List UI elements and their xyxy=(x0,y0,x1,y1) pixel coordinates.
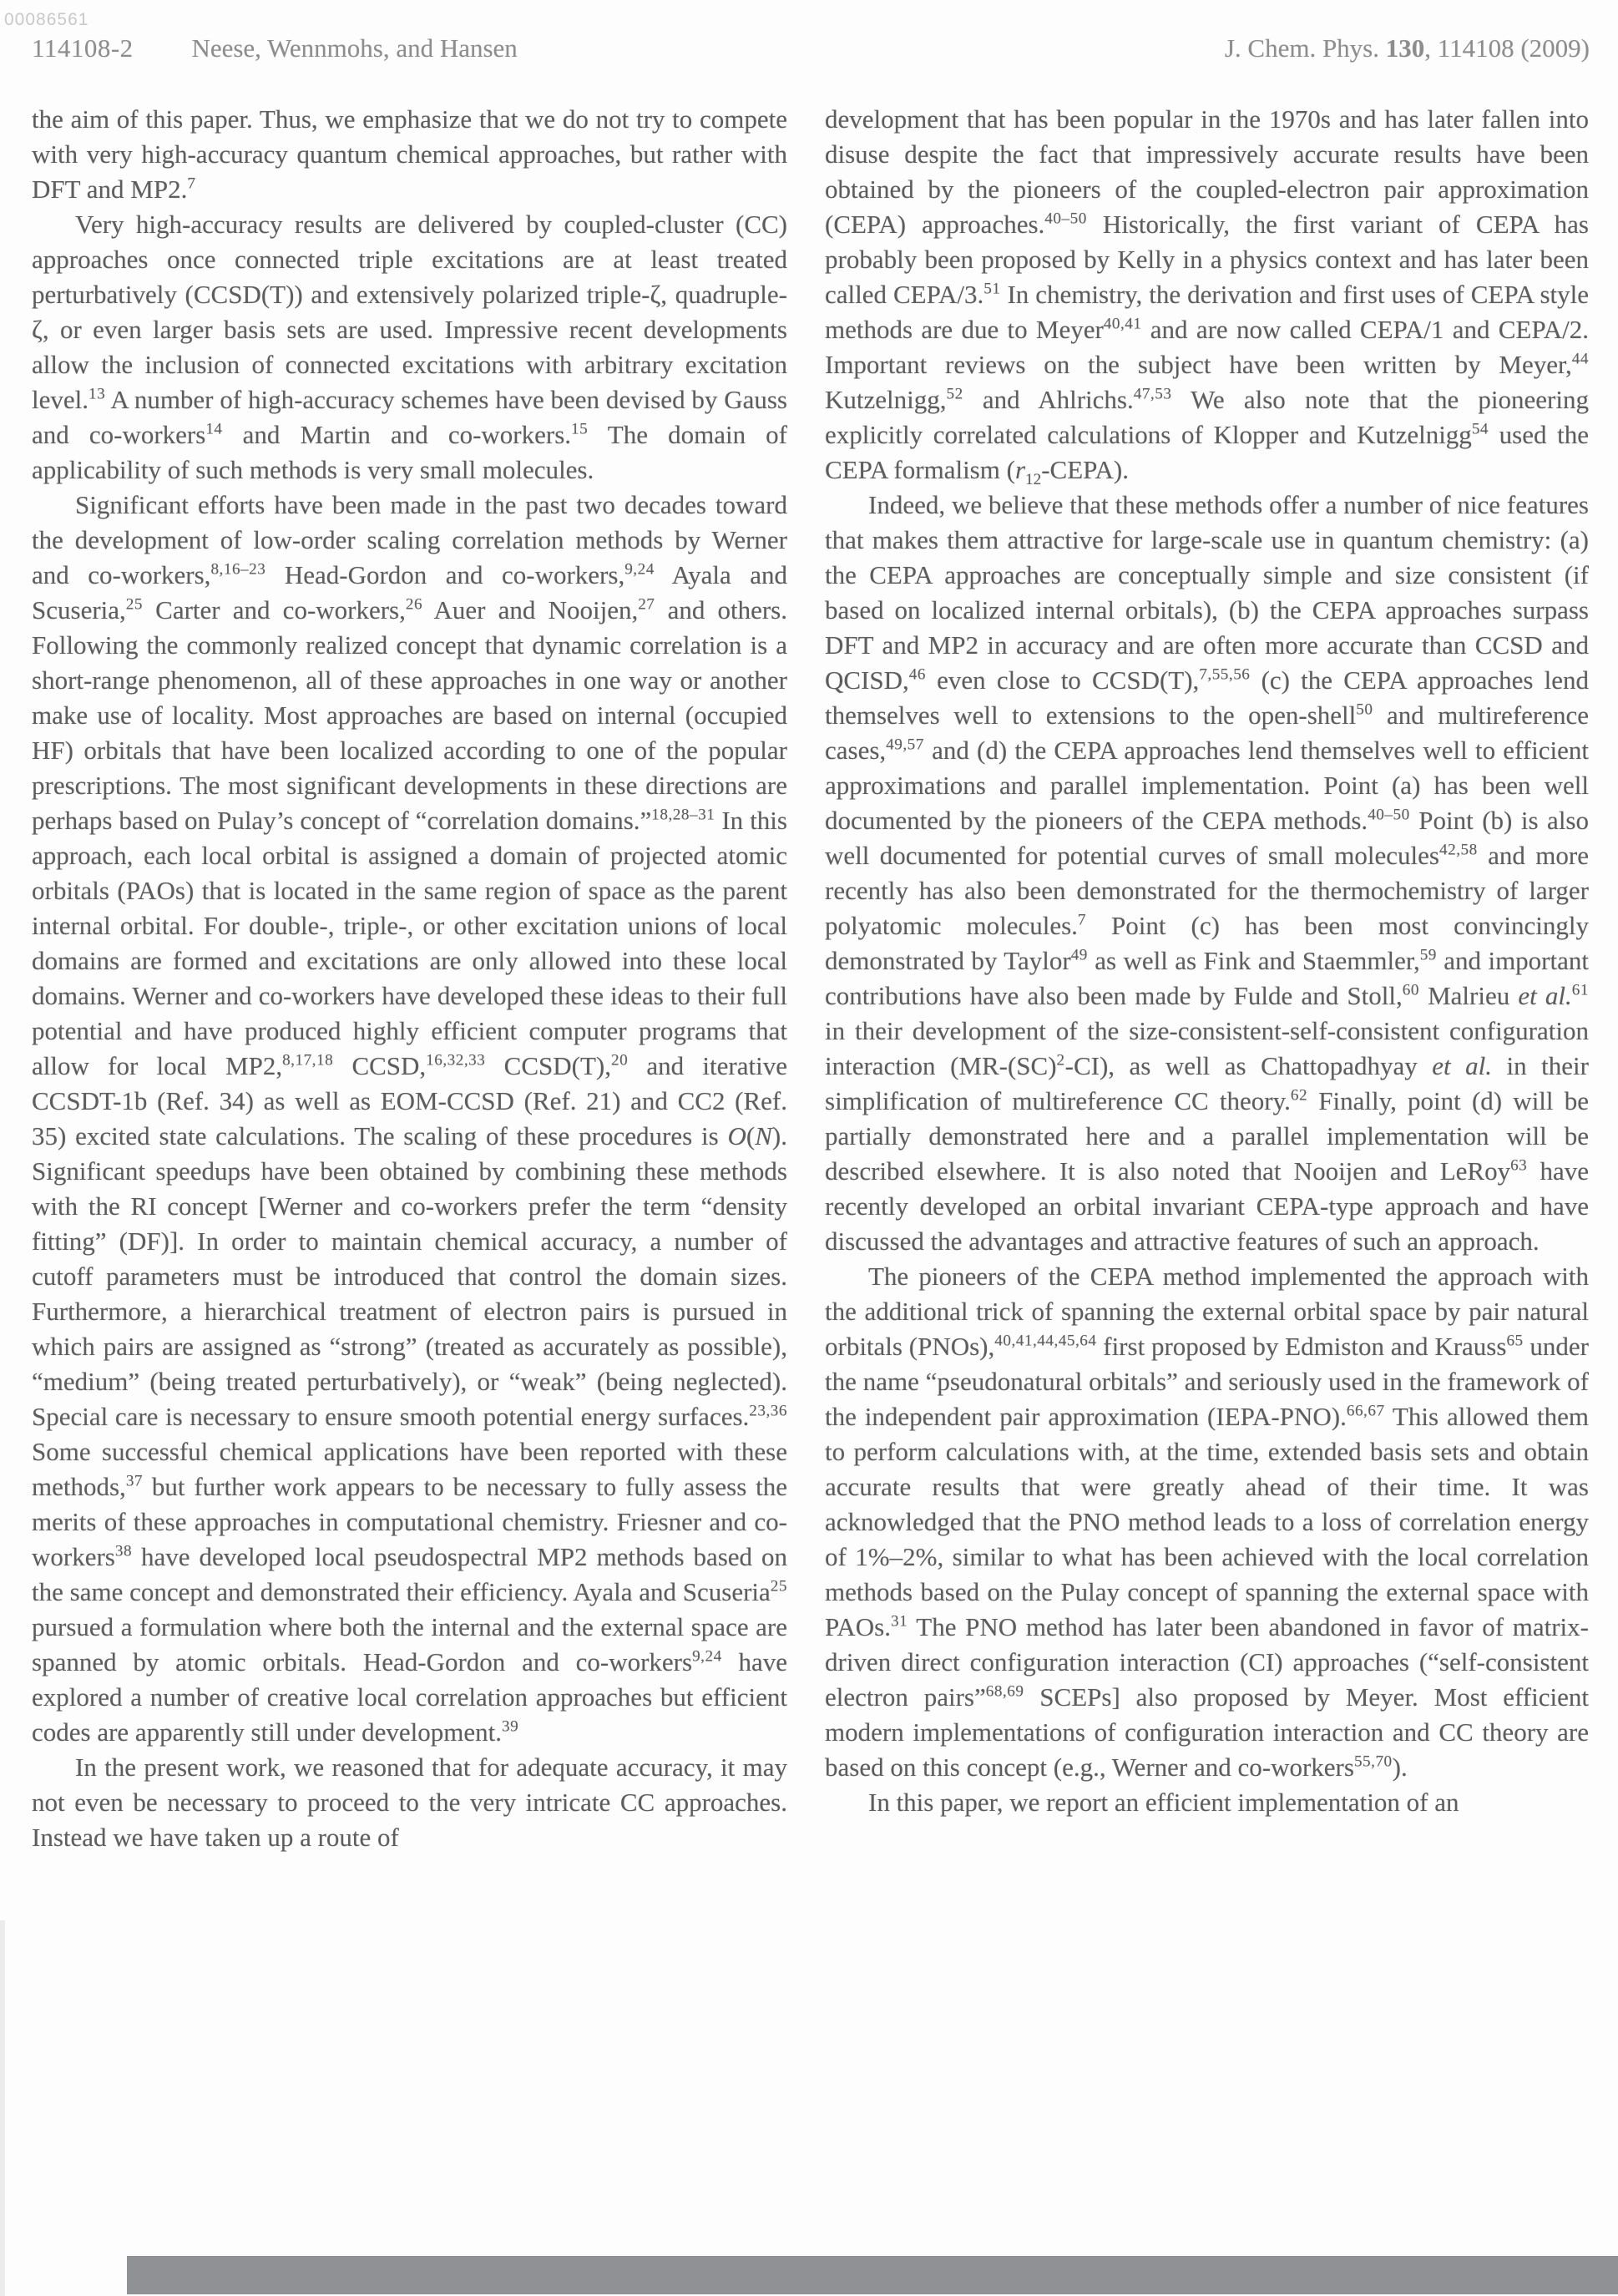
reference-superscript: 63 xyxy=(1510,1157,1527,1175)
paragraph: In the present work, we reasoned that fo… xyxy=(32,1750,787,1855)
reference-superscript: 20 xyxy=(611,1052,628,1070)
reference-superscript: 54 xyxy=(1472,421,1489,438)
reference-superscript: 7 xyxy=(187,175,195,193)
journal-page: 00086561 114108-2 Neese, Wennmohs, and H… xyxy=(0,0,1618,2296)
reference-superscript: 15 xyxy=(571,421,588,438)
running-head-left: 114108-2 Neese, Wennmohs, and Hansen xyxy=(32,33,518,63)
left-column: the aim of this paper. Thus, we emphasiz… xyxy=(32,102,787,1855)
page-header: 114108-2 Neese, Wennmohs, and Hansen J. … xyxy=(32,33,1590,63)
reference-superscript: 68,69 xyxy=(986,1683,1024,1701)
paragraph: The pioneers of the CEPA method implemen… xyxy=(825,1259,1589,1785)
paragraph: Very high-accuracy results are delivered… xyxy=(32,207,787,488)
reference-superscript: 37 xyxy=(126,1473,143,1490)
scan-artifact-bar xyxy=(127,2256,1618,2294)
paragraph: Significant efforts have been made in th… xyxy=(32,488,787,1750)
scan-edge-shadow xyxy=(0,1920,5,2296)
reference-superscript: 59 xyxy=(1420,947,1437,964)
reference-superscript: 2 xyxy=(1057,1052,1065,1070)
paragraph: In this paper, we report an efficient im… xyxy=(825,1785,1589,1820)
reference-superscript: 13 xyxy=(88,386,105,403)
reference-superscript: 39 xyxy=(502,1718,518,1736)
reference-superscript: 16,32,33 xyxy=(426,1052,485,1070)
paragraph: the aim of this paper. Thus, we emphasiz… xyxy=(32,102,787,207)
reference-superscript: 51 xyxy=(983,281,1000,298)
reference-superscript: 8,17,18 xyxy=(282,1052,333,1070)
reference-superscript: 7 xyxy=(1078,912,1086,929)
reference-superscript: 40–50 xyxy=(1368,807,1410,824)
reference-superscript: 7,55,56 xyxy=(1199,666,1250,684)
journal-citation-suffix: , 114108 (2009) xyxy=(1424,33,1590,63)
reference-superscript: 38 xyxy=(115,1543,132,1560)
reference-superscript: 31 xyxy=(891,1613,908,1631)
scan-id-watermark: 00086561 xyxy=(4,10,88,30)
reference-superscript: 60 xyxy=(1403,982,1419,999)
running-authors: Neese, Wennmohs, and Hansen xyxy=(191,33,517,63)
paragraph: development that has been popular in the… xyxy=(825,102,1589,488)
reference-superscript: 9,24 xyxy=(624,561,655,579)
reference-superscript: 25 xyxy=(771,1578,787,1596)
reference-superscript: 49,57 xyxy=(886,736,924,754)
reference-superscript: 55,70 xyxy=(1354,1753,1393,1771)
reference-superscript: 44 xyxy=(1572,351,1589,368)
reference-superscript: 42,58 xyxy=(1439,842,1478,859)
reference-superscript: 26 xyxy=(406,596,422,614)
reference-superscript: 8,16–23 xyxy=(210,561,265,579)
reference-superscript: 9,24 xyxy=(692,1648,722,1666)
page-number: 114108-2 xyxy=(32,33,134,63)
reference-superscript: 23,36 xyxy=(749,1403,787,1420)
reference-superscript: 62 xyxy=(1291,1087,1307,1105)
reference-superscript: 40–50 xyxy=(1044,210,1087,228)
right-column: development that has been popular in the… xyxy=(825,102,1589,1855)
reference-superscript: 18,28–31 xyxy=(651,807,715,824)
reference-superscript: 46 xyxy=(909,666,926,684)
reference-superscript: 40,41 xyxy=(1104,316,1142,333)
reference-superscript: 40,41,44,45,64 xyxy=(994,1333,1096,1350)
reference-superscript: 49 xyxy=(1071,947,1088,964)
reference-superscript: 27 xyxy=(638,596,655,614)
reference-superscript: 52 xyxy=(947,386,963,403)
reference-superscript: 50 xyxy=(1356,701,1373,719)
reference-superscript: 65 xyxy=(1506,1333,1523,1350)
journal-citation: J. Chem. Phys. 130, 114108 (2009) xyxy=(1225,33,1590,63)
reference-superscript: 61 xyxy=(1572,982,1589,999)
paragraph: Indeed, we believe that these methods of… xyxy=(825,488,1589,1259)
reference-superscript: 47,53 xyxy=(1134,386,1172,403)
reference-superscript: 66,67 xyxy=(1347,1403,1385,1420)
reference-superscript: 14 xyxy=(205,421,222,438)
journal-volume: 130 xyxy=(1386,33,1425,63)
two-column-body: the aim of this paper. Thus, we emphasiz… xyxy=(32,102,1589,1855)
reference-superscript: 25 xyxy=(126,596,143,614)
subscript: 12 xyxy=(1025,471,1041,488)
journal-citation-prefix: J. Chem. Phys. xyxy=(1225,33,1386,63)
